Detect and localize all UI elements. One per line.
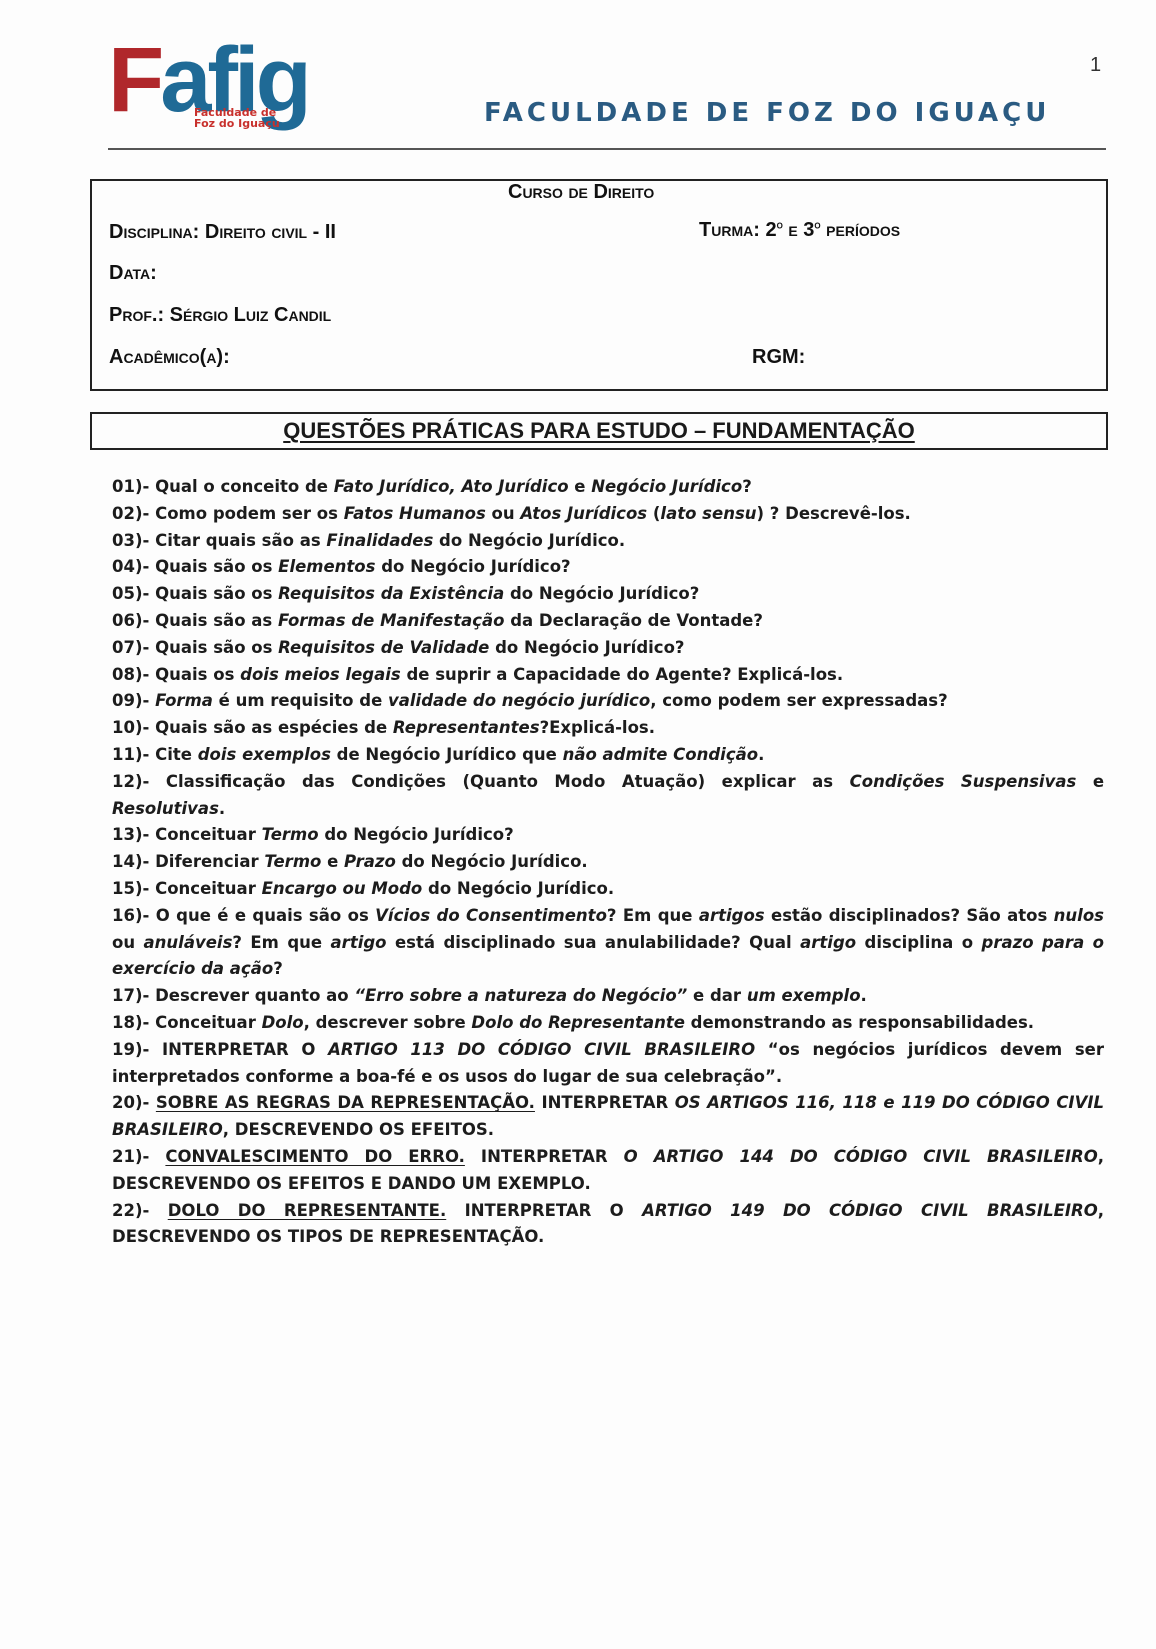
- question-item: 11)- Cite dois exemplos de Negócio Juríd…: [112, 742, 1104, 769]
- page-number: 1: [1090, 54, 1101, 77]
- question-item: 04)- Quais são os Elementos do Negócio J…: [112, 554, 1104, 581]
- question-number: 14)-: [112, 852, 149, 871]
- question-item: 01)- Qual o conceito de Fato Jurídico, A…: [112, 474, 1104, 501]
- question-item: 19)- INTERPRETAR O ARTIGO 113 DO CÓDIGO …: [112, 1037, 1104, 1091]
- question-number: 02)-: [112, 504, 149, 523]
- section-title: QUESTÕES PRÁTICAS PARA ESTUDO – FUNDAMEN…: [283, 418, 915, 443]
- header-divider: [108, 148, 1106, 150]
- question-number: 03)-: [112, 531, 149, 550]
- question-item: 10)- Quais são as espécies de Representa…: [112, 715, 1104, 742]
- question-number: 18)-: [112, 1013, 149, 1032]
- question-item: 21)- CONVALESCIMENTO DO ERRO. INTERPRETA…: [112, 1144, 1104, 1198]
- question-number: 10)-: [112, 718, 149, 737]
- question-item: 05)- Quais são os Requisitos da Existênc…: [112, 581, 1104, 608]
- question-number: 12)-: [112, 772, 149, 791]
- rgm-field: RGM:: [752, 346, 805, 369]
- question-number: 01)-: [112, 477, 149, 496]
- question-item: 16)- O que é e quais são os Vícios do Co…: [112, 903, 1104, 983]
- question-number: 05)-: [112, 584, 149, 603]
- question-item: 06)- Quais são as Formas de Manifestação…: [112, 608, 1104, 635]
- question-item: 09)- Forma é um requisito de validade do…: [112, 688, 1104, 715]
- institution-name: FACULDADE DE FOZ DO IGUAÇU: [484, 98, 1050, 128]
- question-item: 08)- Quais os dois meios legais de supri…: [112, 662, 1104, 689]
- question-item: 18)- Conceituar Dolo, descrever sobre Do…: [112, 1010, 1104, 1037]
- question-item: 13)- Conceituar Termo do Negócio Jurídic…: [112, 822, 1104, 849]
- question-item: 12)- Classificação das Condições (Quanto…: [112, 769, 1104, 823]
- turma-field: Turma: 2o e 3o períodos: [699, 219, 900, 242]
- question-number: 08)-: [112, 665, 149, 684]
- question-item: 22)- DOLO DO REPRESENTANTE. INTERPRETAR …: [112, 1198, 1104, 1252]
- question-number: 20)-: [112, 1093, 149, 1112]
- question-item: 15)- Conceituar Encargo ou Modo do Negóc…: [112, 876, 1104, 903]
- question-item: 14)- Diferenciar Termo e Prazo do Negóci…: [112, 849, 1104, 876]
- question-number: 11)-: [112, 745, 149, 764]
- course-info-box: Curso de Direito Disciplina: Direito civ…: [90, 179, 1108, 391]
- question-list: 01)- Qual o conceito de Fato Jurídico, A…: [112, 474, 1104, 1251]
- course-name: Curso de Direito: [508, 181, 654, 204]
- logo-subtitle: Faculdade de Foz do Iguaçu: [194, 107, 280, 129]
- question-item: 07)- Quais são os Requisitos de Validade…: [112, 635, 1104, 662]
- question-number: 13)-: [112, 825, 149, 844]
- date-field: Data:: [109, 262, 157, 285]
- question-number: 15)-: [112, 879, 149, 898]
- question-number: 09)-: [112, 691, 149, 710]
- fafig-logo: Fafig Faculdade de Foz do Iguaçu: [108, 52, 393, 132]
- professor-field: Prof.: Sérgio Luiz Candil: [109, 304, 331, 327]
- question-number: 21)-: [112, 1147, 149, 1166]
- question-item: 03)- Citar quais são as Finalidades do N…: [112, 528, 1104, 555]
- section-title-box: QUESTÕES PRÁTICAS PARA ESTUDO – FUNDAMEN…: [90, 412, 1108, 450]
- question-number: 16)-: [112, 906, 149, 925]
- question-number: 22)-: [112, 1201, 149, 1220]
- question-item: 17)- Descrever quanto ao “Erro sobre a n…: [112, 983, 1104, 1010]
- question-number: 19)-: [112, 1040, 149, 1059]
- discipline-field: Disciplina: Direito civil - II: [109, 221, 336, 244]
- question-number: 04)-: [112, 557, 149, 576]
- question-number: 07)-: [112, 638, 149, 657]
- question-item: 02)- Como podem ser os Fatos Humanos ou …: [112, 501, 1104, 528]
- question-number: 17)-: [112, 986, 149, 1005]
- student-field: Acadêmico(a):: [109, 346, 230, 369]
- question-number: 06)-: [112, 611, 149, 630]
- question-item: 20)- SOBRE AS REGRAS DA REPRESENTAÇÃO. I…: [112, 1090, 1104, 1144]
